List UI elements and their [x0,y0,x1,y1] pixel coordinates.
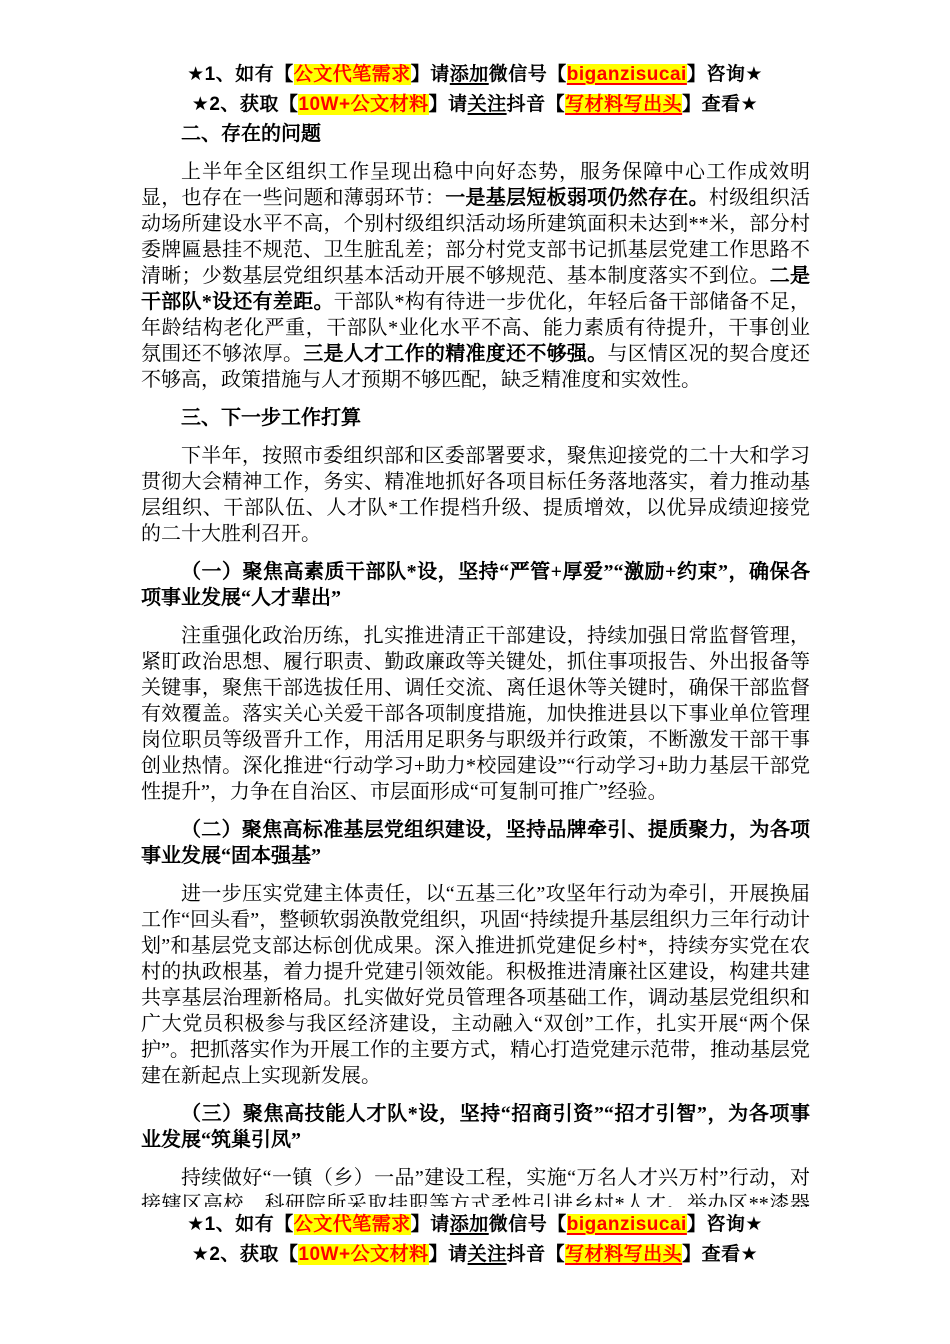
promo-text: 】查看★ [682,94,758,115]
promo-footer: ★1、如有【公文代笔需求】请添加微信号【biganzisucai】咨询★ ★2、… [0,1210,950,1270]
promo-header-line-2: ★2、获取【10W+公文材料】请关注抖音【写材料写出头】查看★ [0,90,950,120]
promo-follow-action: 关注 [468,1244,507,1265]
promo-text: ★2、获取【 [192,94,299,115]
section-heading-problems: 二、存在的问题 [141,121,810,147]
document-body: 二、存在的问题 上半年全区组织工作呈现出稳中向好态势，服务保障中心工作成效明显，… [141,121,810,1207]
wechat-id: biganzisucai [567,64,687,85]
promo-footer-line-2: ★2、获取【10W+公文材料】请关注抖音【写材料写出头】查看★ [0,1240,950,1270]
promo-follow-action: 关注 [468,94,507,115]
problem-point-1: 一是基层短板弱项仍然存在。 [445,187,709,209]
promo-text: 】咨询★ [687,1214,763,1235]
promo-header-line-1: ★1、如有【公文代笔需求】请添加微信号【biganzisucai】咨询★ [0,60,950,90]
subsection-3-paragraph: 持续做好“一镇（乡）一品”建设工程，实施“万名人才兴万村”行动，对接辖区高校、科… [141,1165,810,1207]
promo-add-action: 添加 [450,1214,489,1235]
promo-text: 】查看★ [682,1244,758,1265]
promo-highlight-service: 公文代笔需求 [294,64,411,85]
promo-text: ★2、获取【 [192,1244,299,1265]
wechat-id: biganzisucai [567,1214,687,1235]
section-heading-plans: 三、下一步工作打算 [141,405,810,431]
promo-text: 抖音【 [507,94,566,115]
subsection-heading-3: （三）聚焦高技能人才队*设，坚持“招商引资”“招才引智”，为各项事业发展“筑巢引… [141,1101,810,1153]
plans-intro-paragraph: 下半年，按照市委组织部和区委部署要求，聚焦迎接党的二十大和学习贯彻大会精神工作，… [141,443,810,547]
promo-text: 】咨询★ [687,64,763,85]
promo-text: 】请 [429,94,468,115]
promo-text: 】请 [411,64,450,85]
promo-header: ★1、如有【公文代笔需求】请添加微信号【biganzisucai】咨询★ ★2、… [0,60,950,120]
promo-text: 微信号【 [489,1214,567,1235]
subsection-heading-2: （二）聚焦高标准基层党组织建设，坚持品牌牵引、提质聚力，为各项事业发展“固本强基… [141,817,810,869]
problem-point-3: 三是人才工作的精准度还不够强。 [303,343,607,365]
promo-highlight-materials: 10W+公文材料 [298,1244,428,1265]
promo-text: 】请 [411,1214,450,1235]
subsection-heading-1: （一）聚焦高素质干部队*设，坚持“严管+厚爱”“激励+约束”，确保各项事业发展“… [141,559,810,611]
promo-text: ★1、如有【 [187,1214,294,1235]
douyin-account: 写材料写出头 [565,94,682,115]
promo-add-action: 添加 [450,64,489,85]
promo-footer-line-1: ★1、如有【公文代笔需求】请添加微信号【biganzisucai】咨询★ [0,1210,950,1240]
subsection-2-paragraph: 进一步压实党建主体责任，以“五基三化”攻坚年行动为牵引，开展换届工作“回头看”，… [141,881,810,1089]
promo-text: 微信号【 [489,64,567,85]
subsection-1-paragraph: 注重强化政治历练，扎实推进清正干部建设，持续加强日常监督管理，紧盯政治思想、履行… [141,623,810,805]
promo-text: 抖音【 [507,1244,566,1265]
promo-highlight-materials: 10W+公文材料 [298,94,428,115]
douyin-account: 写材料写出头 [565,1244,682,1265]
promo-text: 】请 [429,1244,468,1265]
problems-paragraph: 上半年全区组织工作呈现出稳中向好态势，服务保障中心工作成效明显，也存在一些问题和… [141,159,810,393]
promo-highlight-service: 公文代笔需求 [294,1214,411,1235]
promo-text: ★1、如有【 [187,64,294,85]
